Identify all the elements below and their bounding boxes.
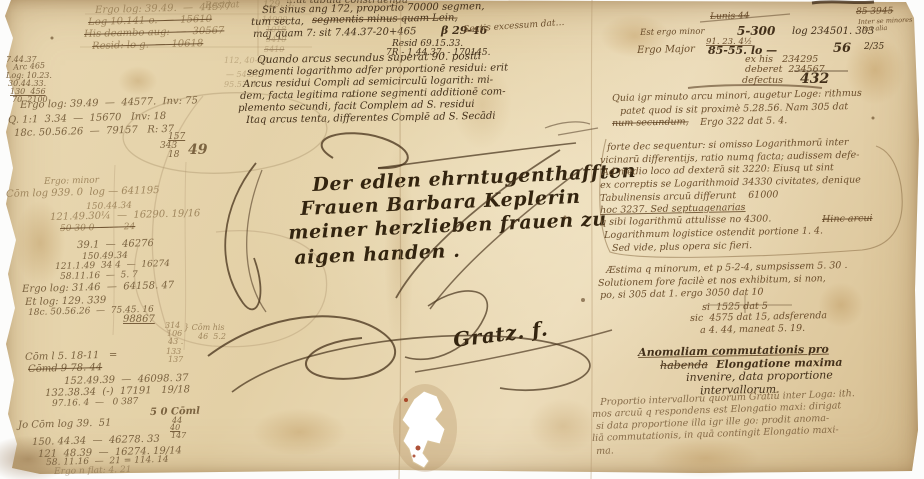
ledger-stack: 137: [168, 356, 183, 364]
calc-struck: Lunis 44: [710, 12, 750, 22]
ledger-line: 39.1 — 46276: [77, 239, 154, 251]
calc-value: 2/35: [864, 43, 884, 52]
ledger-line: Cōmd 9 78. 44: [28, 363, 102, 375]
calc-label: Ergo Major: [637, 45, 695, 56]
calc-value: 56: [833, 42, 851, 55]
calc-value: 5-300: [737, 25, 775, 37]
ledger-line: 98867: [123, 315, 155, 325]
calc-struck: 85 3945: [856, 7, 893, 17]
para-line: Ergo 322 dat 5. 4.: [700, 116, 787, 127]
para-line: Hinc arcui: [822, 214, 873, 225]
para-line: num secundum,: [612, 117, 689, 128]
ledger-stack: 18: [168, 151, 179, 160]
ledger-stack: 43 .: [168, 338, 183, 346]
ledger-stack: 49: [188, 143, 207, 157]
ledger-stack: 147: [171, 432, 186, 440]
calc-label: defectus: [742, 76, 783, 86]
heading-line: invenire, data proportione: [686, 369, 833, 383]
ledger-side-title: Residat: [205, 1, 240, 11]
heading-line: habenda: [660, 359, 708, 371]
calc-value: 432: [800, 72, 829, 86]
ledger-note: 46 5.2: [198, 333, 226, 341]
para-line: ma.: [596, 446, 614, 456]
ledger-note: } Cōm his: [184, 324, 225, 332]
note-line: tum secta,: [251, 17, 304, 28]
para-line: a 4. 44, maneat 5. 19.: [700, 324, 805, 336]
calc-value: log 234501. 303: [792, 27, 874, 37]
manuscript-scan: Ergo log: 39.49. — 44577 Log 10.141 o. —…: [0, 0, 924, 479]
ledger-line: Ergo n flat: 4. 21: [54, 466, 132, 477]
calc-label: Est ergo minor: [640, 28, 705, 38]
ledger-title: Ergo: minor: [44, 177, 99, 187]
